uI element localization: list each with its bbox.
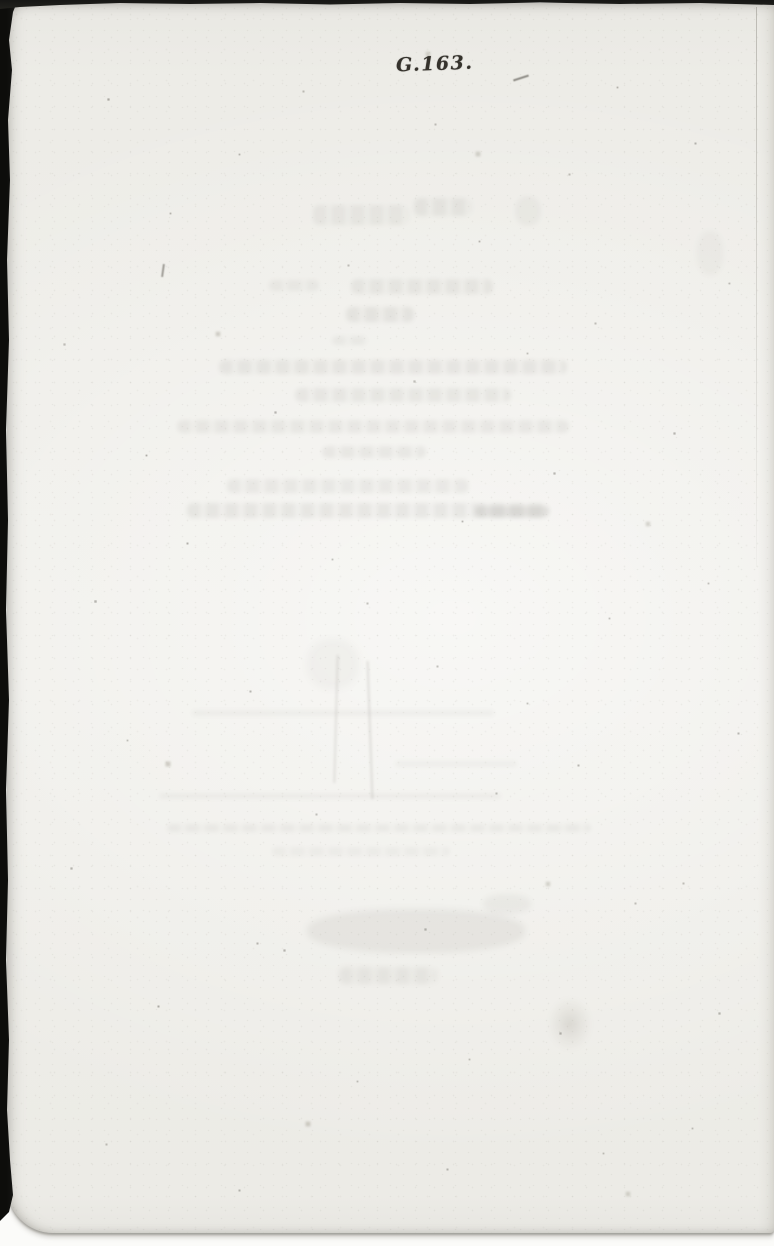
showthrough-smudge [483,894,531,914]
showthrough-smudge [697,231,723,275]
showthrough-line [346,307,414,322]
scanned-document-view: G.163. [0,0,774,1246]
showthrough-rule [192,710,494,716]
showthrough-line [322,446,426,458]
showthrough-line [351,279,493,294]
page-edge-right [756,7,757,567]
showthrough-rule [272,847,450,856]
watermark-smudge [307,639,359,689]
showthrough-script-word [307,909,525,953]
showthrough-rule [167,824,591,832]
showthrough-line [269,280,319,291]
showthrough-line [219,360,567,374]
showthrough-line [227,479,469,493]
book-page: G.163. [7,3,774,1233]
shelfmark-inscription: G.163. [396,52,474,77]
showthrough-line [339,967,437,984]
page-edge-right-shading [758,3,774,1233]
ink-stain [547,996,593,1052]
showthrough-smudge [475,506,549,517]
showthrough-smudge [515,196,541,226]
showthrough-line [177,420,569,433]
paper-crease [367,661,374,799]
pen-mark [161,264,165,277]
showthrough-line [313,205,409,225]
showthrough-line [414,198,472,216]
showthrough-line [295,388,511,402]
pen-mark [513,75,529,82]
showthrough-rule [395,761,517,767]
showthrough-rule [159,793,501,799]
showthrough-line [332,336,368,345]
